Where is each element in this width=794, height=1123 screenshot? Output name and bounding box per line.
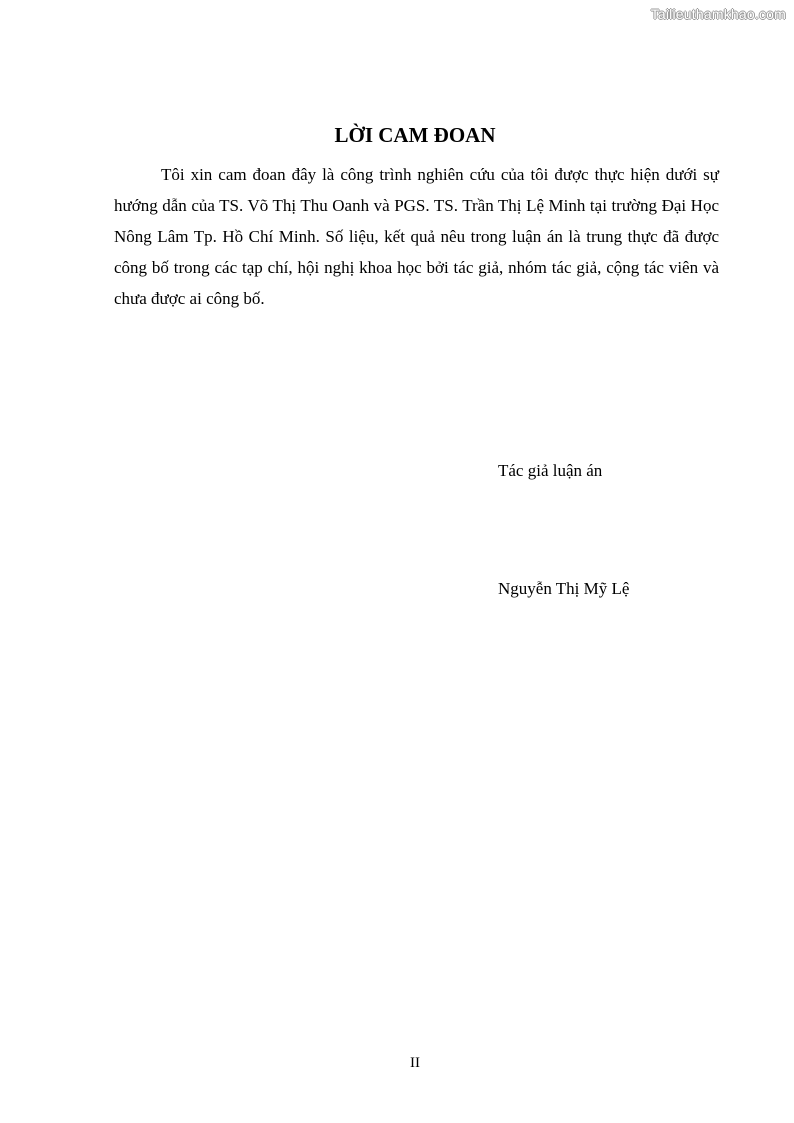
page-title: LỜI CAM ĐOAN (0, 123, 794, 148)
watermark: Tailieuthamkhao.com (651, 6, 786, 22)
author-name: Nguyễn Thị Mỹ Lệ (498, 579, 629, 599)
signature-label: Tác giả luận án (498, 461, 602, 481)
declaration-paragraph: Tôi xin cam đoan đây là công trình nghiê… (114, 159, 719, 314)
page-number: II (0, 1055, 794, 1072)
